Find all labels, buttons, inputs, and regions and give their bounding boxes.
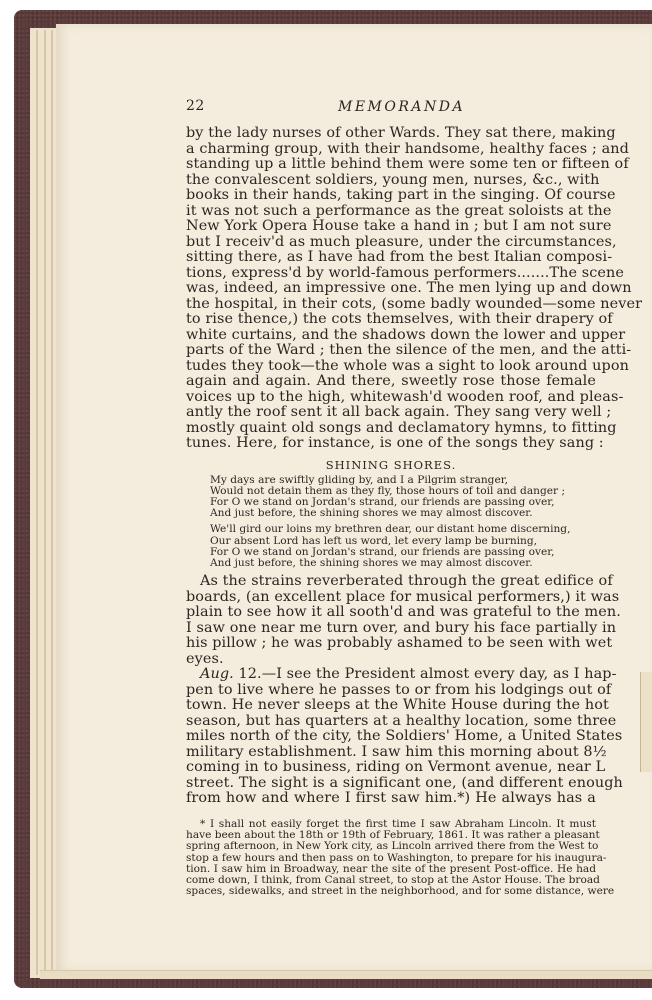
text-line: plain to see how it all sooth'd and was … [186, 605, 596, 621]
text-line: his pillow ; he was probably ashamed to … [186, 636, 596, 652]
page-number: 22 [186, 98, 205, 114]
text-line: it was not such a performance as the gre… [186, 204, 596, 220]
text-line: again and again. And there, sweetly rose… [186, 374, 596, 390]
text-line: but I receiv'd as much pleasure, under t… [186, 235, 596, 251]
footnote: * I shall not easily forget the first ti… [186, 819, 596, 898]
text-line: street. The sight is a significant one, … [186, 776, 596, 792]
page-edge-line [51, 30, 53, 975]
text-line: I saw one near me turn over, and bury hi… [186, 621, 596, 637]
text-line: to rise thence,) the cots themselves, wi… [186, 312, 596, 328]
text-line: books in their hands, taking part in the… [186, 188, 596, 204]
entry-date-month: Aug. [200, 666, 234, 682]
text-line: tunes. Here, for instance, is one of the… [186, 436, 596, 452]
text-line: white curtains, and the shadows down the… [186, 328, 596, 344]
verse-line: We'll gird our loins my brethren dear, o… [210, 524, 596, 535]
text-line: parts of the Ward ; then the silence of … [186, 343, 596, 359]
page-edge-line [44, 30, 46, 975]
page-edge-line [36, 30, 38, 975]
paragraph-1: by the lady nurses of other Wards. They … [186, 126, 596, 452]
text-line: a charming group, with their handsome, h… [186, 142, 596, 158]
text-line: tions, express'd by world-famous perform… [186, 266, 596, 282]
text-line: tudes they took—the whole was a sight to… [186, 359, 596, 375]
song-stanza-1: My days are swiftly gliding by, and I a … [210, 475, 596, 520]
entry-first-line: 12.—I see the President almost every day… [234, 666, 617, 682]
verse-line: And just before, the shining shores we m… [210, 558, 596, 569]
text-line: Aug. 12.—I see the President almost ever… [186, 667, 596, 683]
page-text-area: 22 MEMORANDA by the lady nurses of other… [186, 98, 596, 898]
text-line: boards, (an excellent place for musical … [186, 590, 596, 606]
text-line: by the lady nurses of other Wards. They … [186, 126, 596, 142]
verse-line: And just before, the shining shores we m… [210, 508, 596, 519]
footnote-line: spring afternoon, in New York city, as L… [186, 841, 596, 852]
text-line: the convalescent soldiers, young men, nu… [186, 173, 596, 189]
text-line: coming in to business, riding on Vermont… [186, 760, 596, 776]
text-line: eyes. [186, 652, 596, 668]
song-title: SHINING SHORES. [186, 458, 596, 472]
running-title: MEMORANDA [338, 99, 465, 115]
text-line: antly the roof sent it all back again. T… [186, 405, 596, 421]
text-line: sitting there, as I have had from the be… [186, 250, 596, 266]
page-marker-tab [640, 672, 652, 772]
text-line: season, but has quarters at a healthy lo… [186, 714, 596, 730]
text-line: mostly quaint old songs and declamatory … [186, 421, 596, 437]
running-head: 22 MEMORANDA [186, 98, 596, 120]
paragraph-3: Aug. 12.—I see the President almost ever… [186, 667, 596, 807]
text-line: town. He never sleeps at the White House… [186, 698, 596, 714]
footnote-line: spaces, sidewalks, and street in the nei… [186, 886, 596, 897]
text-line: was, indeed, an impressive one. The men … [186, 281, 596, 297]
song-stanza-2: We'll gird our loins my brethren dear, o… [210, 524, 596, 569]
text-line: voices up to the high, whitewash'd woode… [186, 390, 596, 406]
text-line: miles north of the city, the Soldiers' H… [186, 729, 596, 745]
text-line: standing up a little behind them were so… [186, 157, 596, 173]
paragraph-2: As the strains reverberated through the … [186, 574, 596, 667]
text-line: pen to live where he passes to or from h… [186, 683, 596, 699]
text-line: New York Opera House take a hand in ; bu… [186, 219, 596, 235]
text-line: As the strains reverberated through the … [186, 574, 596, 590]
text-line: from how and where I first saw him.*) He… [186, 791, 596, 807]
text-line: military establishment. I saw him this m… [186, 745, 596, 761]
page-bottom-edge [40, 970, 652, 979]
text-line: the hospital, in their cots, (some badly… [186, 297, 596, 313]
